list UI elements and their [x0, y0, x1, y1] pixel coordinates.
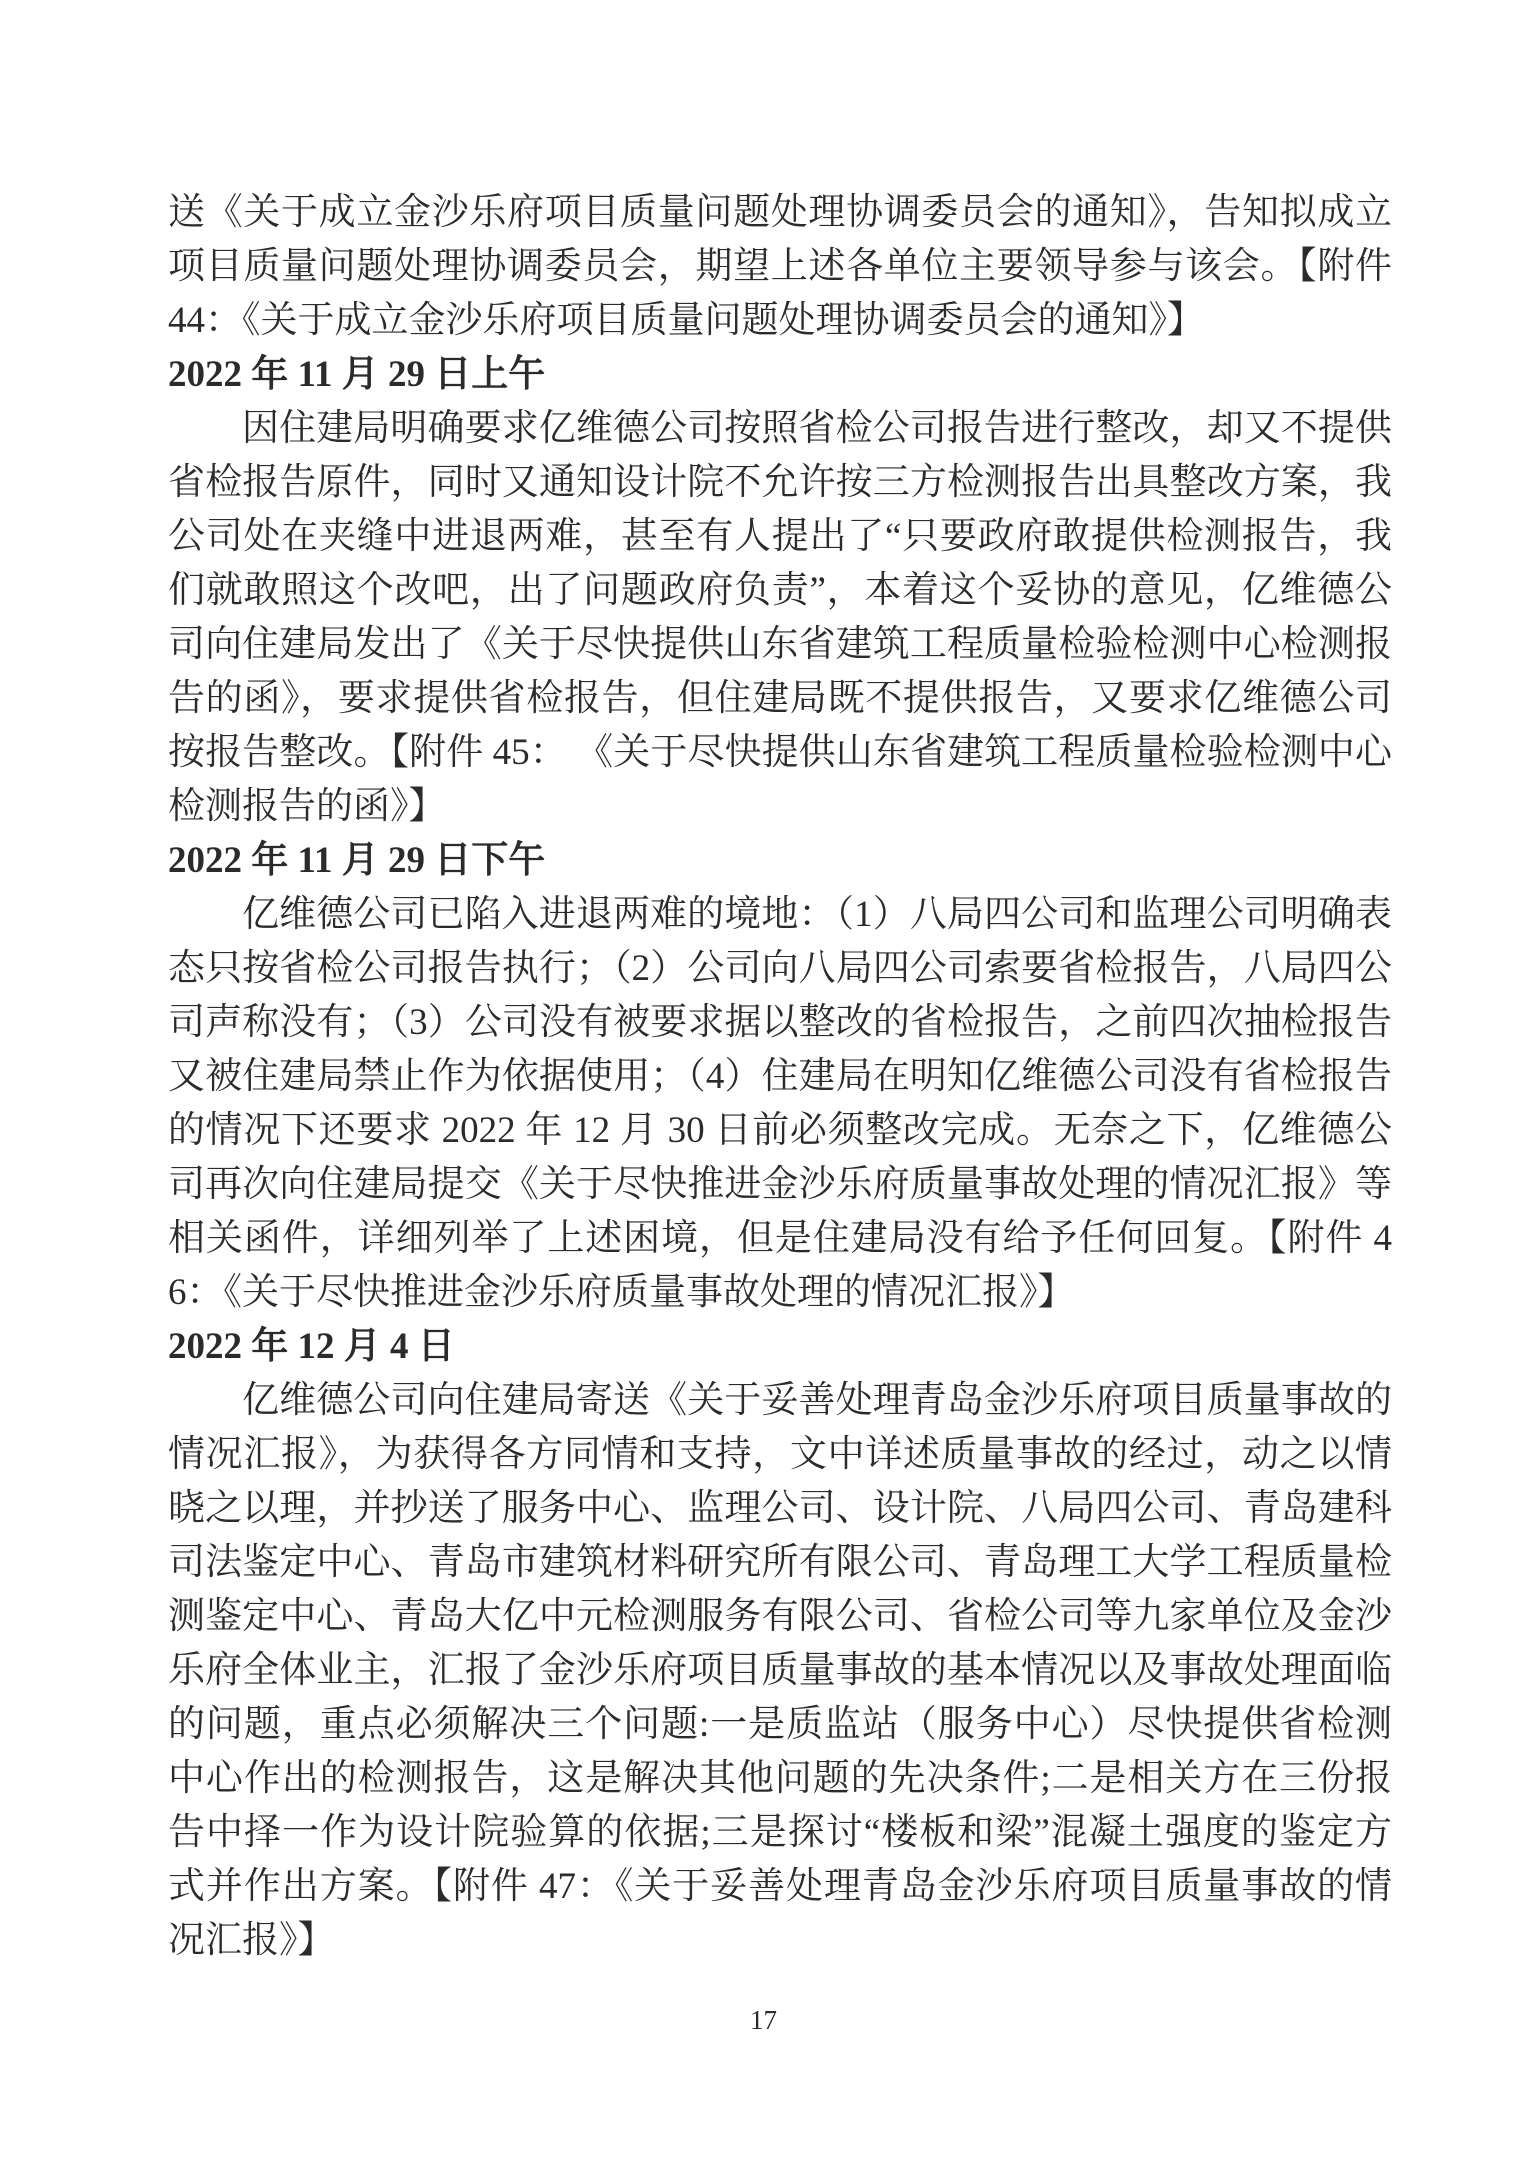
paragraph-attachment-47: 亿维德公司向住建局寄送《关于妥善处理青岛金沙乐府项目质量事故的情况汇报》，为获得…	[168, 1374, 1392, 1968]
paragraph-continuation-attachment-44: 送《关于成立金沙乐府项目质量问题处理协调委员会的通知》，告知拟成立项目质量问题处…	[168, 186, 1392, 348]
page-footer: 17	[0, 2000, 1527, 2040]
page-number: 17	[750, 2005, 777, 2035]
document-body: 送《关于成立金沙乐府项目质量问题处理协调委员会的通知》，告知拟成立项目质量问题处…	[168, 186, 1392, 1968]
paragraph-attachment-46: 亿维德公司已陷入进退两难的境地：（1）八局四公司和监理公司明确表态只按省检公司报…	[168, 888, 1392, 1320]
paragraph-attachment-45: 因住建局明确要求亿维德公司按照省检公司报告进行整改，却又不提供省检报告原件，同时…	[168, 402, 1392, 834]
date-heading-2022-11-29-morning: 2022 年 11 月 29 日上午	[168, 348, 1392, 402]
date-heading-2022-12-04: 2022 年 12 月 4 日	[168, 1320, 1392, 1374]
document-page: 送《关于成立金沙乐府项目质量问题处理协调委员会的通知》，告知拟成立项目质量问题处…	[0, 0, 1527, 2160]
date-heading-2022-11-29-afternoon: 2022 年 11 月 29 日下午	[168, 834, 1392, 888]
